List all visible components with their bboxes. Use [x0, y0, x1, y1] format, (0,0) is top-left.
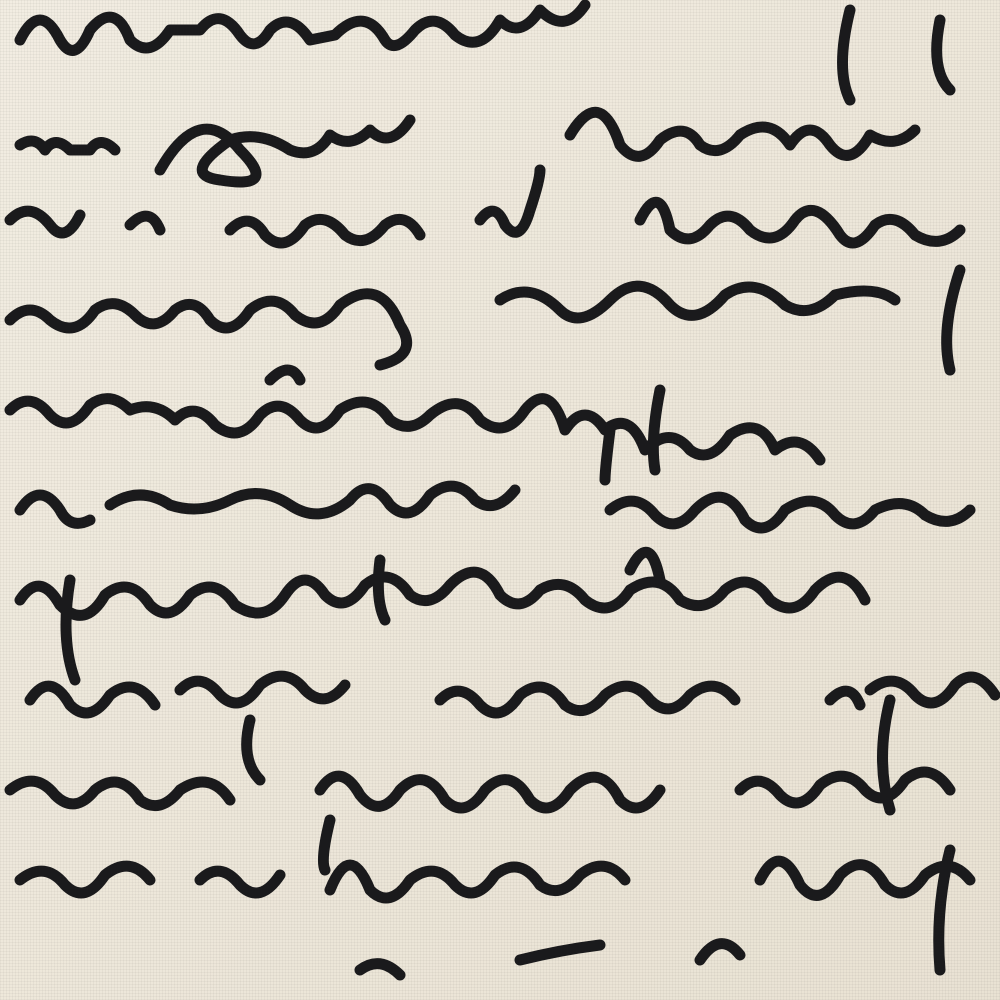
fabric-background — [0, 0, 1000, 1000]
handwriting-pattern — [0, 0, 1000, 1000]
